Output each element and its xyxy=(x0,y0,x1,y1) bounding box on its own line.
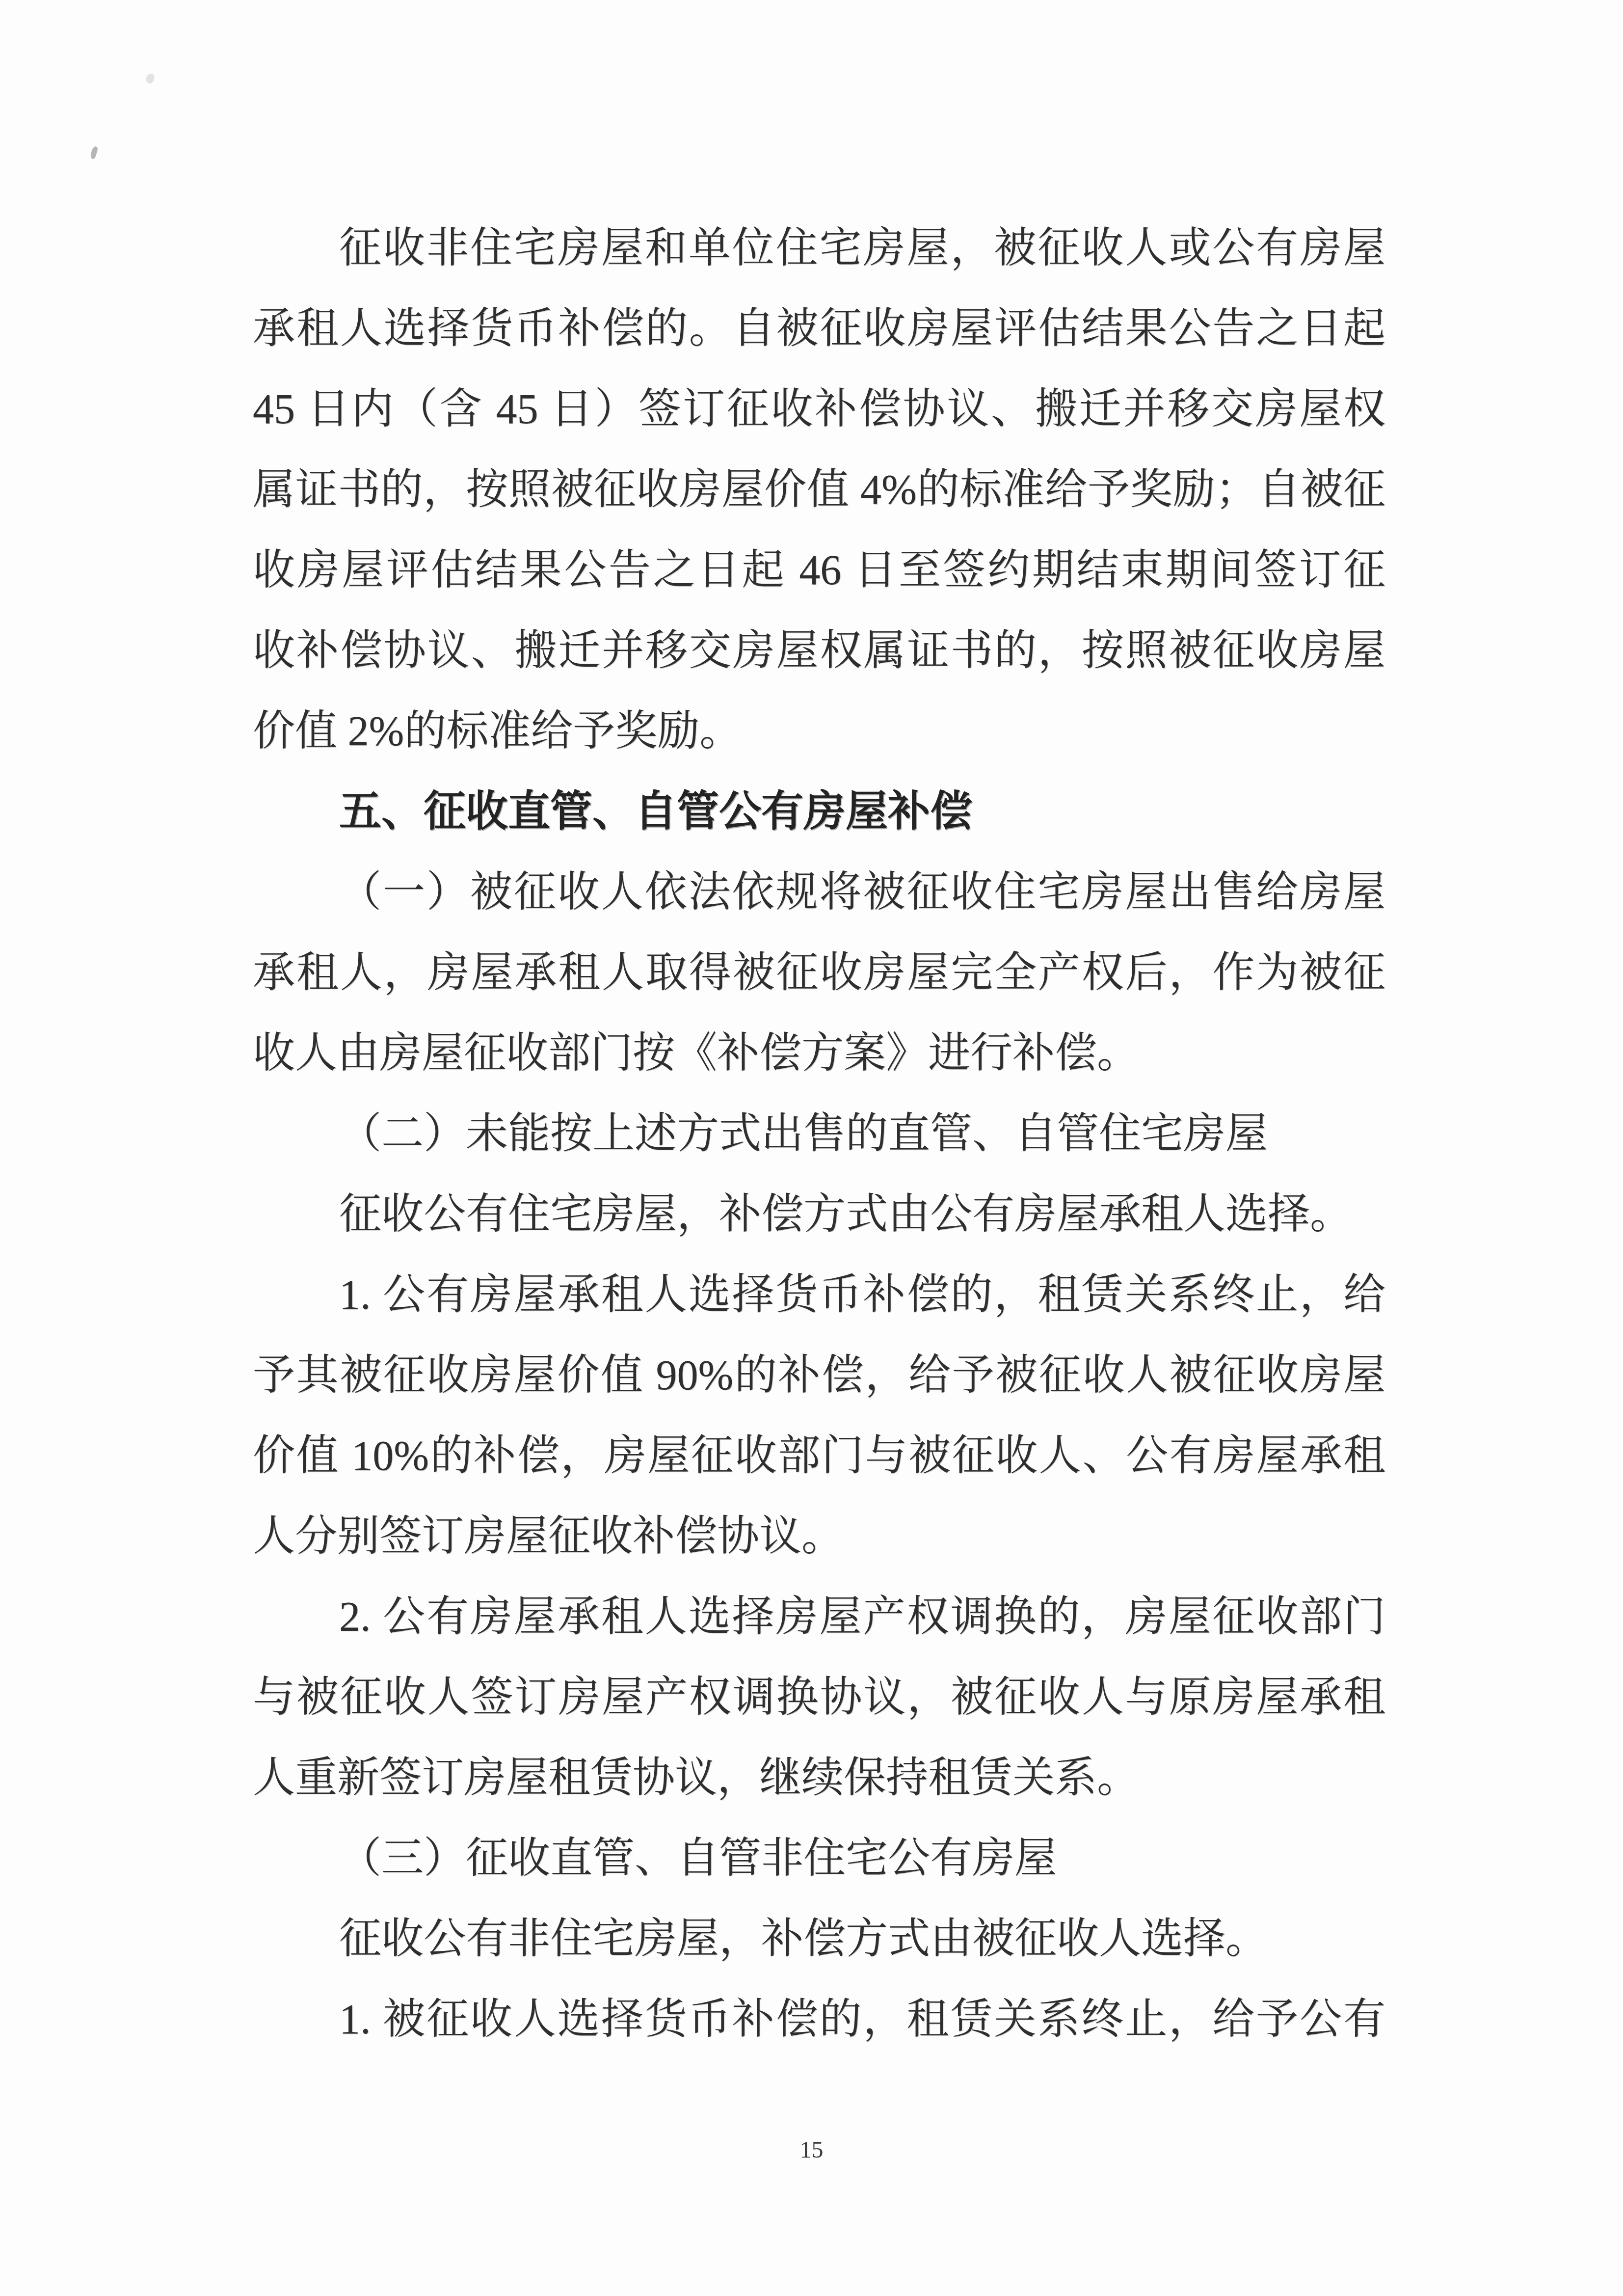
text-line: 征收非住宅房屋和单位住宅房屋，被征收人或公有房屋 xyxy=(253,208,1385,288)
text-line: 人重新签订房屋租赁协议，继续保持租赁关系。 xyxy=(253,1737,1385,1818)
text-line: 收人由房屋征收部门按《补偿方案》进行补偿。 xyxy=(253,1013,1385,1093)
scan-speck xyxy=(145,73,156,84)
text-line: （一）被征收人依法依规将被征收住宅房屋出售给房屋 xyxy=(253,852,1385,932)
scan-speck xyxy=(89,146,98,160)
text-line: 承租人，房屋承租人取得被征收房屋完全产权后，作为被征 xyxy=(253,932,1385,1013)
page-number: 15 xyxy=(0,2136,1623,2164)
scanned-document-page: 征收非住宅房屋和单位住宅房屋，被征收人或公有房屋 承租人选择货币补偿的。自被征收… xyxy=(0,0,1623,2296)
text-line: 与被征收人签订房屋产权调换协议，被征收人与原房屋承租 xyxy=(253,1657,1385,1737)
text-line: 征收公有非住宅房屋，补偿方式由被征收人选择。 xyxy=(253,1898,1385,1979)
text-line: 1. 公有房屋承租人选择货币补偿的，租赁关系终止，给 xyxy=(253,1254,1385,1335)
text-line: 收房屋评估结果公告之日起 46 日至签约期结束期间签订征 xyxy=(253,530,1385,610)
document-body: 征收非住宅房屋和单位住宅房屋，被征收人或公有房屋 承租人选择货币补偿的。自被征收… xyxy=(253,208,1385,2059)
text-line: （三）征收直管、自管非住宅公有房屋 xyxy=(253,1818,1385,1898)
text-line: 承租人选择货币补偿的。自被征收房屋评估结果公告之日起 xyxy=(253,288,1385,369)
section-heading: 五、征收直管、自管公有房屋补偿 xyxy=(253,771,1385,852)
text-line: （二）未能按上述方式出售的直管、自管住宅房屋 xyxy=(253,1093,1385,1174)
text-line: 价值 10%的补偿，房屋征收部门与被征收人、公有房屋承租 xyxy=(253,1415,1385,1496)
text-line: 人分别签订房屋征收补偿协议。 xyxy=(253,1496,1385,1576)
text-line: 2. 公有房屋承租人选择房屋产权调换的，房屋征收部门 xyxy=(253,1576,1385,1657)
text-line: 予其被征收房屋价值 90%的补偿，给予被征收人被征收房屋 xyxy=(253,1335,1385,1415)
text-line: 收补偿协议、搬迁并移交房屋权属证书的，按照被征收房屋 xyxy=(253,610,1385,691)
text-line: 1. 被征收人选择货币补偿的，租赁关系终止，给予公有 xyxy=(253,1979,1385,2059)
text-line: 征收公有住宅房屋，补偿方式由公有房屋承租人选择。 xyxy=(253,1174,1385,1254)
text-line: 价值 2%的标准给予奖励。 xyxy=(253,691,1385,771)
text-line: 45 日内（含 45 日）签订征收补偿协议、搬迁并移交房屋权 xyxy=(253,369,1385,449)
text-line: 属证书的，按照被征收房屋价值 4%的标准给予奖励；自被征 xyxy=(253,449,1385,530)
